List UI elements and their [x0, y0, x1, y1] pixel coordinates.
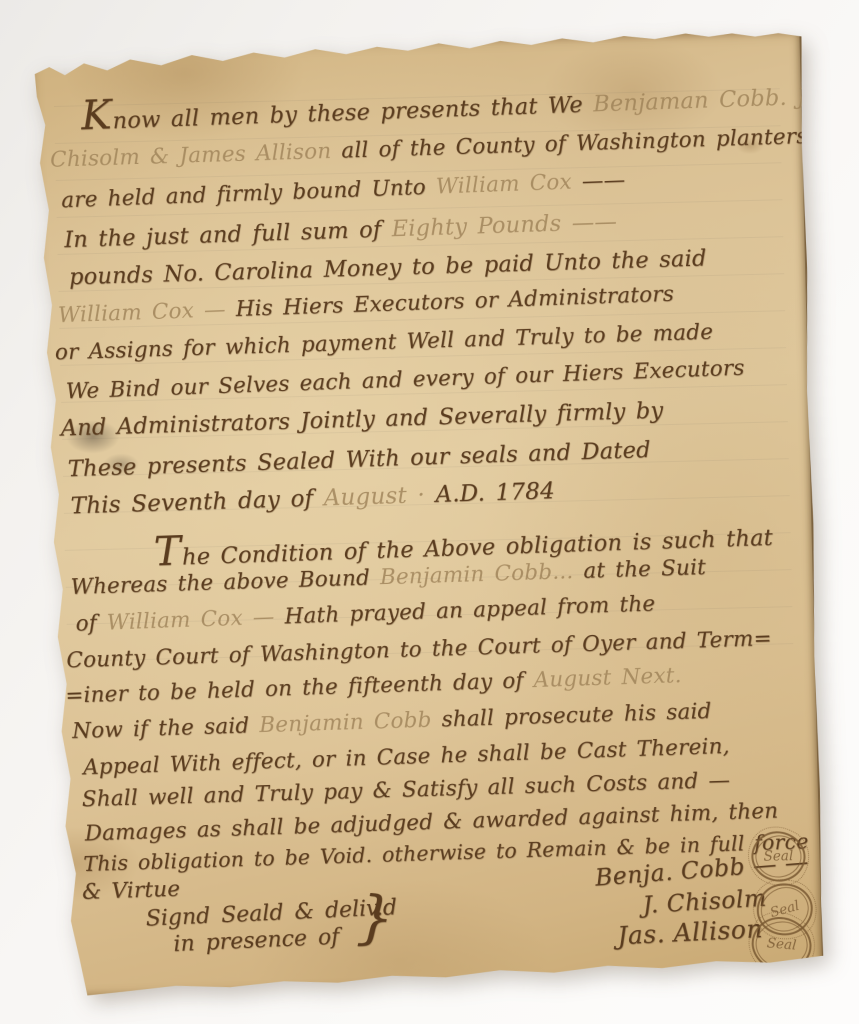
manuscript-text-segment: ——: [571, 168, 625, 195]
manuscript-text-segment: Benjamin Cobb: [259, 707, 442, 738]
wax-seal-scribble-3: Seal: [747, 912, 816, 976]
attestation-line-2: in presence of: [173, 925, 340, 958]
seal-label: Seal: [751, 831, 806, 882]
manuscript-text-segment: August Next.: [533, 663, 682, 693]
manuscript-text-segment: of: [75, 611, 107, 637]
manuscript-text-segment: Now if the said: [72, 713, 260, 744]
manuscript-text-segment: at the Suit: [573, 555, 706, 584]
wax-seal-scribble-1: Seal: [750, 829, 808, 883]
seal-label: Seal: [750, 915, 814, 974]
manuscript-text-segment: Benjaman Cobb. John: [593, 83, 850, 118]
manuscript-paper-sheet: Know all men by these presents that We B…: [30, 31, 825, 998]
manuscript-text-segment: & Virtue: [82, 877, 181, 905]
scanned-document-page: { "colors": { "background": "#f5f3f0", "…: [0, 0, 859, 1024]
manuscript-line-22: & Virtue: [82, 877, 181, 905]
manuscript-text-segment: shall prosecute his said: [441, 699, 712, 732]
signature-jas-allison: Jas. Allison: [617, 914, 764, 950]
attestation-brace: }: [355, 883, 395, 953]
aged-paper-surface: Know all men by these presents that We B…: [30, 31, 825, 998]
manuscript-text-segment: August ·: [323, 482, 425, 511]
manuscript-text-segment: William Cox: [435, 170, 572, 200]
manuscript-text-segment: A.D. 1784: [425, 478, 556, 508]
